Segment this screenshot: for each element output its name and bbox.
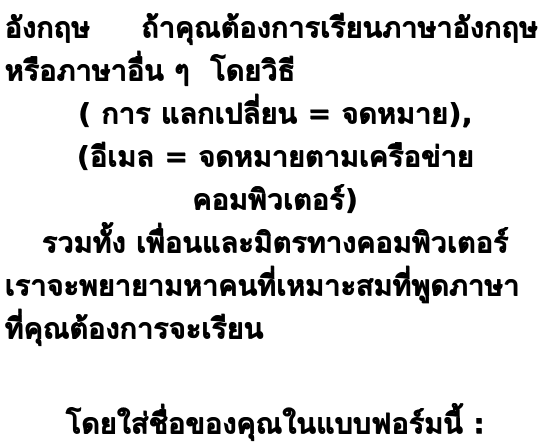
document-line-8: โดยใส่ชื่อของคุณในแบบฟอร์มนี้ : xyxy=(2,402,549,444)
scanned-document-page: อังกฤษ ถ้าคุณต้องการเรียนภาษาอังกฤษ หรือ… xyxy=(0,0,551,444)
document-line-1: อังกฤษ ถ้าคุณต้องการเรียนภาษาอังกฤษ xyxy=(2,6,549,49)
document-line-2: หรือภาษาอื่น ๆ โดยวิธี xyxy=(2,49,549,92)
document-line-7: ที่คุณต้องการจะเรียน xyxy=(2,307,549,350)
document-line-5: รวมทั้ง เพื่อนและมิตรทางคอมพิวเตอร์ xyxy=(2,221,549,264)
document-line-3: ( การ แลกเปลี่ยน = จดหมาย), xyxy=(2,92,549,135)
document-line-6: เราจะพยายามหาคนที่เหมาะสมที่พูดภาษา xyxy=(2,264,549,307)
document-line-4: (อีเมล = จดหมายตามเครือข่ายคอมพิวเตอร์) xyxy=(2,135,549,221)
